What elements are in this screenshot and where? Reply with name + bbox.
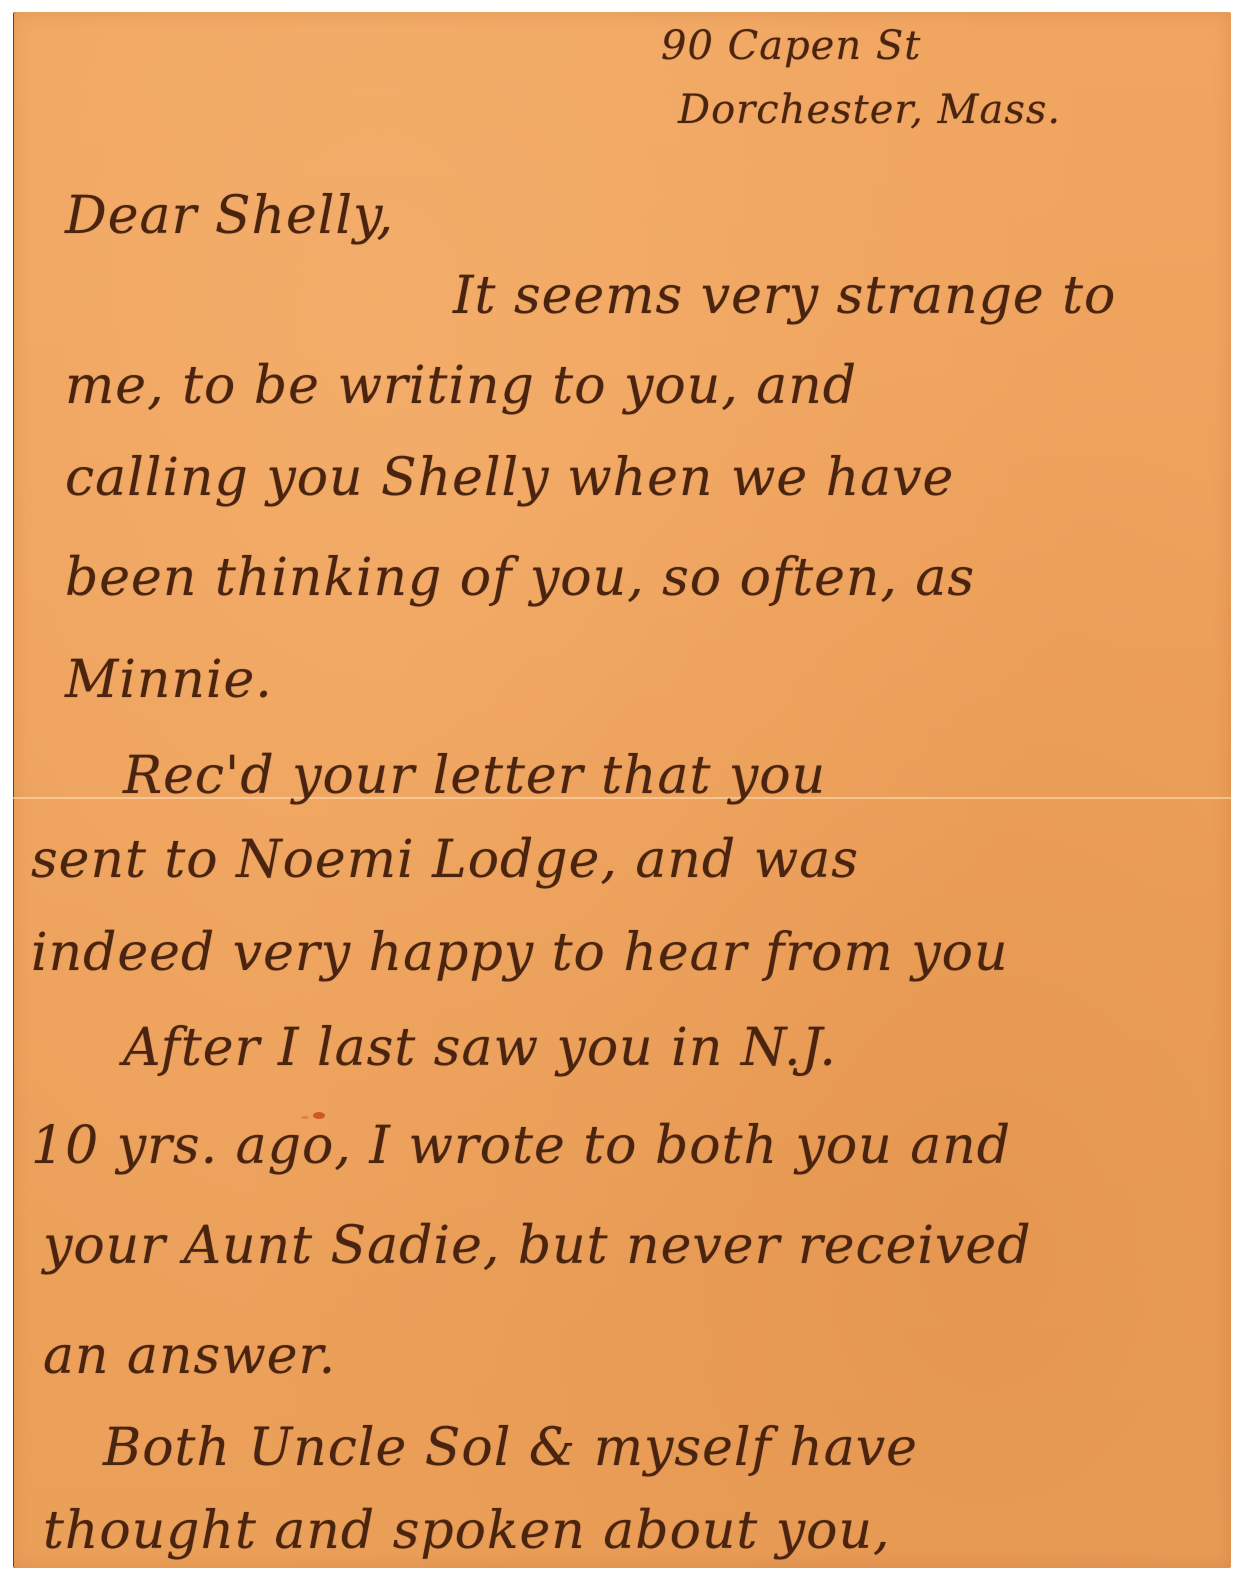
address-line-1: 90 Capen St — [661, 26, 921, 66]
body-line-5: Minnie. — [65, 654, 273, 706]
body-line-1: It seems very strange to — [453, 270, 1116, 322]
body-line-2: me, to be writing to you, and — [65, 360, 857, 412]
body-line-14: thought and spoken about you, — [43, 1505, 891, 1557]
body-line-7: sent to Noemi Lodge, and was — [31, 834, 859, 886]
body-line-3: calling you Shelly when we have — [65, 452, 954, 504]
body-line-8: indeed very happy to hear from you — [31, 927, 1008, 979]
body-line-4: been thinking of you, so often, as — [65, 552, 975, 604]
letter-page: 90 Capen St Dorchester, Mass. Dear Shell… — [13, 12, 1231, 1568]
body-line-9: After I last saw you in N.J. — [123, 1022, 837, 1074]
body-line-6: Rec'd your letter that you — [123, 750, 826, 802]
body-line-11: your Aunt Sadie, but never received — [43, 1220, 1032, 1272]
body-line-10: 10 yrs. ago, I wrote to both you and — [31, 1120, 1011, 1172]
body-line-13: Both Uncle Sol & myself have — [103, 1422, 918, 1474]
address-line-2: Dorchester, Mass. — [678, 90, 1061, 130]
salutation: Dear Shelly, — [65, 190, 394, 242]
body-line-12: an answer. — [43, 1330, 336, 1382]
